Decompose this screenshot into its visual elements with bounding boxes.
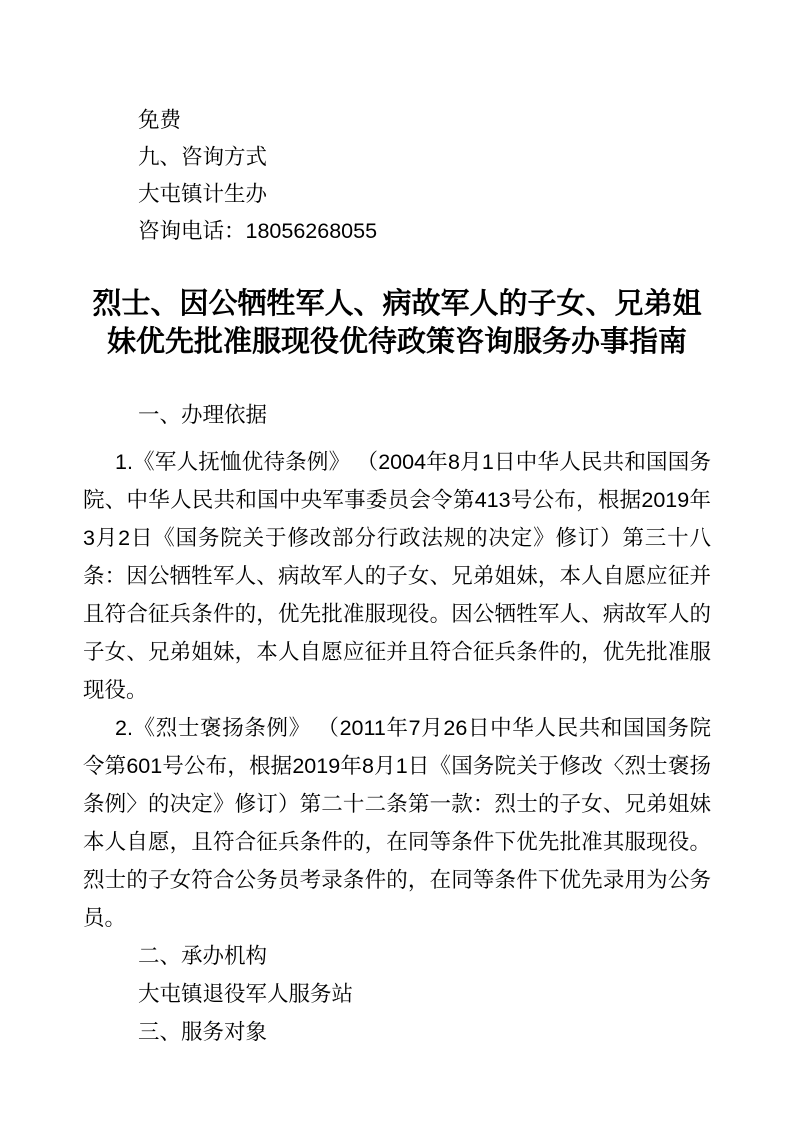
document-page: 免费 九、咨询方式 大屯镇计生办 咨询电话：18056268055 烈士、因公牺… bbox=[0, 0, 793, 1122]
consult-phone-line: 咨询电话：18056268055 bbox=[138, 213, 711, 250]
agency-name-line: 大屯镇退役军人服务站 bbox=[83, 975, 711, 1013]
section-audience-heading: 三、服务对象 bbox=[83, 1013, 711, 1051]
section-basis-heading: 一、办理依据 bbox=[83, 396, 711, 434]
office-name-line: 大屯镇计生办 bbox=[138, 176, 711, 213]
section-agency-heading: 二、承办机构 bbox=[83, 937, 711, 975]
section-audience: 三、服务对象 bbox=[83, 1013, 711, 1051]
section-agency: 二、承办机构 大屯镇退役军人服务站 bbox=[83, 937, 711, 1013]
previous-section-block: 免费 九、咨询方式 大屯镇计生办 咨询电话：18056268055 bbox=[83, 102, 711, 250]
fee-note-line: 免费 bbox=[138, 102, 711, 139]
basis-paragraph-2: 2.《烈士褒扬条例》 （2011年7月26日中华人民共和国国务院令第601号公布… bbox=[83, 709, 711, 937]
section-nine-heading: 九、咨询方式 bbox=[138, 139, 711, 176]
document-title: 烈士、因公牺牲军人、病故军人的子女、兄弟姐妹优先批准服现役优待政策咨询服务办事指… bbox=[83, 285, 711, 361]
basis-paragraph-1: 1.《军人抚恤优待条例》 （2004年8月1日中华人民共和国国务院、中华人民共和… bbox=[83, 443, 711, 709]
section-basis: 一、办理依据 1.《军人抚恤优待条例》 （2004年8月1日中华人民共和国国务院… bbox=[83, 396, 711, 937]
